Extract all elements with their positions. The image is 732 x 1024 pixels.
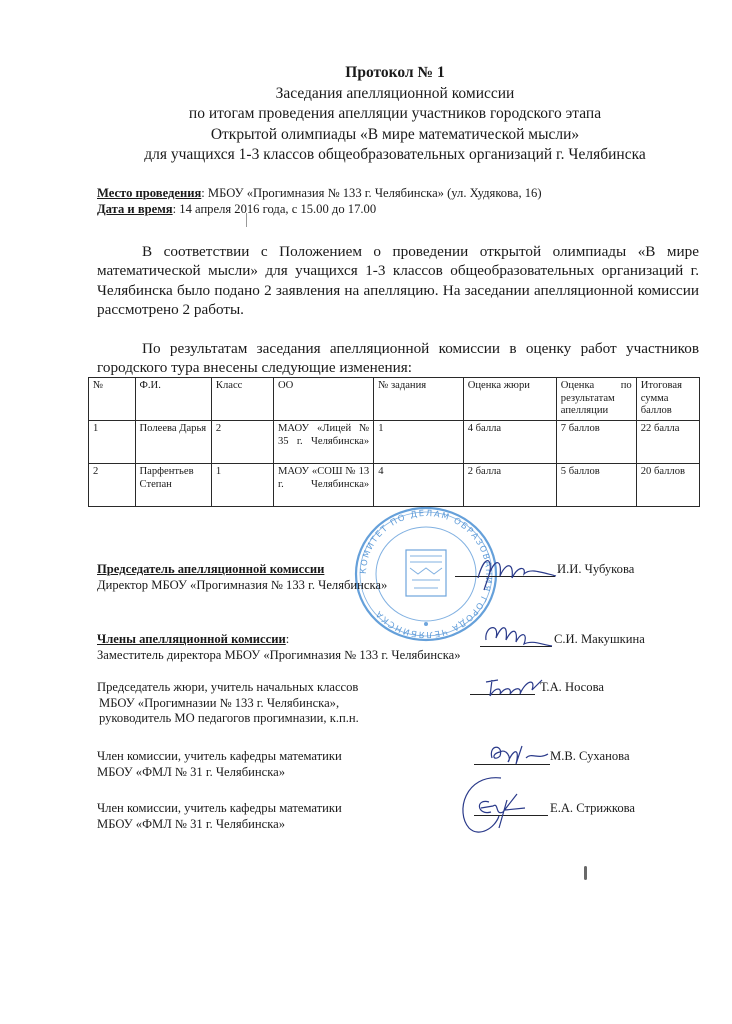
body-paragraph-2: По результатам заседания апелляционной к… [97, 339, 699, 378]
header-cell: № [89, 378, 136, 421]
header-cell: Оценка жюри [463, 378, 556, 421]
table-cell: 4 [374, 464, 464, 507]
member-4-position-line-1: Член комиссии, учитель кафедры математик… [97, 801, 342, 817]
meeting-place: Место проведения: МБОУ «Прогимназия № 13… [97, 185, 542, 201]
table-cell: Парфентьев Степан [135, 464, 211, 507]
table-cell: 2 балла [463, 464, 556, 507]
member-3-signature-block: Член комиссии, учитель кафедры математик… [97, 749, 342, 780]
members-label: Члены апелляционной комиссии: [97, 632, 461, 648]
member-4-position-line-2: МБОУ «ФМЛ № 31 г. Челябинска» [97, 817, 342, 833]
subtitle-line-3: Открытой олимпиады «В мире математическо… [85, 125, 705, 146]
body-paragraph-1: В соответствии с Положением о проведении… [97, 242, 699, 319]
member-2-position-line-3: руководитель МО педагогов прогимназии, к… [97, 711, 359, 727]
meeting-place-value: : МБОУ «Прогимназия № 133 г. Челябинска»… [201, 186, 541, 200]
scan-artifact [584, 866, 587, 880]
table-cell: 2 [211, 421, 273, 464]
table-cell: МАОУ «СОШ № 13 г. Челябинска» [273, 464, 373, 507]
table-cell: 1 [211, 464, 273, 507]
table-cell: 2 [89, 464, 136, 507]
table-cell: 5 баллов [556, 464, 636, 507]
table-cell: 1 [89, 421, 136, 464]
chair-signature-icon [470, 548, 560, 593]
table-cell: Полеева Дарья [135, 421, 211, 464]
member-2-position-line-1: Председатель жюри, учитель начальных кла… [97, 680, 359, 696]
subtitle-line-1: Заседания апелляционной комиссии [85, 84, 705, 105]
member-1-signature-icon [480, 620, 560, 655]
meeting-datetime-value: : 14 апреля 2016 года, с 15.00 до 17.00 [173, 202, 377, 216]
member-1-position: Заместитель директора МБОУ «Прогимназия … [97, 648, 461, 664]
member-4-signature-block: Член комиссии, учитель кафедры математик… [97, 801, 342, 832]
meeting-datetime: Дата и время: 14 апреля 2016 года, с 15.… [97, 201, 376, 217]
member-3-position-line-2: МБОУ «ФМЛ № 31 г. Челябинска» [97, 765, 342, 781]
table-cell: 4 балла [463, 421, 556, 464]
table-cell: 1 [374, 421, 464, 464]
chair-role: Председатель апелляционной комиссии [97, 562, 387, 578]
member-2-signature-block: Председатель жюри, учитель начальных кла… [97, 680, 359, 727]
member-3-position-line-1: Член комиссии, учитель кафедры математик… [97, 749, 342, 765]
member-2-name: Т.А. Носова [540, 680, 604, 695]
member-4-signature-icon [455, 772, 550, 840]
member-2-position-line-2: МБОУ «Прогимназии № 133 г. Челябинска», [97, 696, 359, 712]
table-row: 1 Полеева Дарья 2 МАОУ «Лицей № 35 г. Че… [89, 421, 700, 464]
member-3-name: М.В. Суханова [550, 749, 630, 764]
member-1-signature-block: Члены апелляционной комиссии: Заместител… [97, 632, 461, 663]
scan-artifact [246, 213, 247, 227]
document-title: Протокол № 1 [85, 63, 705, 83]
header-cell: ОО [273, 378, 373, 421]
member-4-name: Е.А. Стрижкова [550, 801, 635, 816]
subtitle-line-4: для учащихся 1-3 классов общеобразовател… [85, 145, 705, 166]
member-3-signature-icon [486, 742, 556, 770]
subtitle-line-2: по итогам проведения апелляции участнико… [85, 104, 705, 125]
header-cell: Класс [211, 378, 273, 421]
header-cell: Оценка по результатам апелляции [556, 378, 636, 421]
chair-name: И.И. Чубукова [557, 562, 634, 577]
header-cell: Ф.И. [135, 378, 211, 421]
chair-position: Директор МБОУ «Прогимназия № 133 г. Челя… [97, 578, 387, 594]
meeting-datetime-label: Дата и время [97, 202, 173, 216]
table-cell: 22 балла [636, 421, 699, 464]
meeting-place-label: Место проведения [97, 186, 201, 200]
table-cell: МАОУ «Лицей № 35 г. Челябинска» [273, 421, 373, 464]
header-cell: Итоговая сумма баллов [636, 378, 699, 421]
appeals-table: № Ф.И. Класс ОО № задания Оценка жюри Оц… [88, 377, 700, 507]
table-row: 2 Парфентьев Степан 1 МАОУ «СОШ № 13 г. … [89, 464, 700, 507]
table-cell: 7 баллов [556, 421, 636, 464]
header-cell: № задания [374, 378, 464, 421]
table-cell: 20 баллов [636, 464, 699, 507]
member-1-name: С.И. Макушкина [554, 632, 645, 647]
table-header-row: № Ф.И. Класс ОО № задания Оценка жюри Оц… [89, 378, 700, 421]
chair-signature-block: Председатель апелляционной комиссии Дире… [97, 562, 387, 593]
